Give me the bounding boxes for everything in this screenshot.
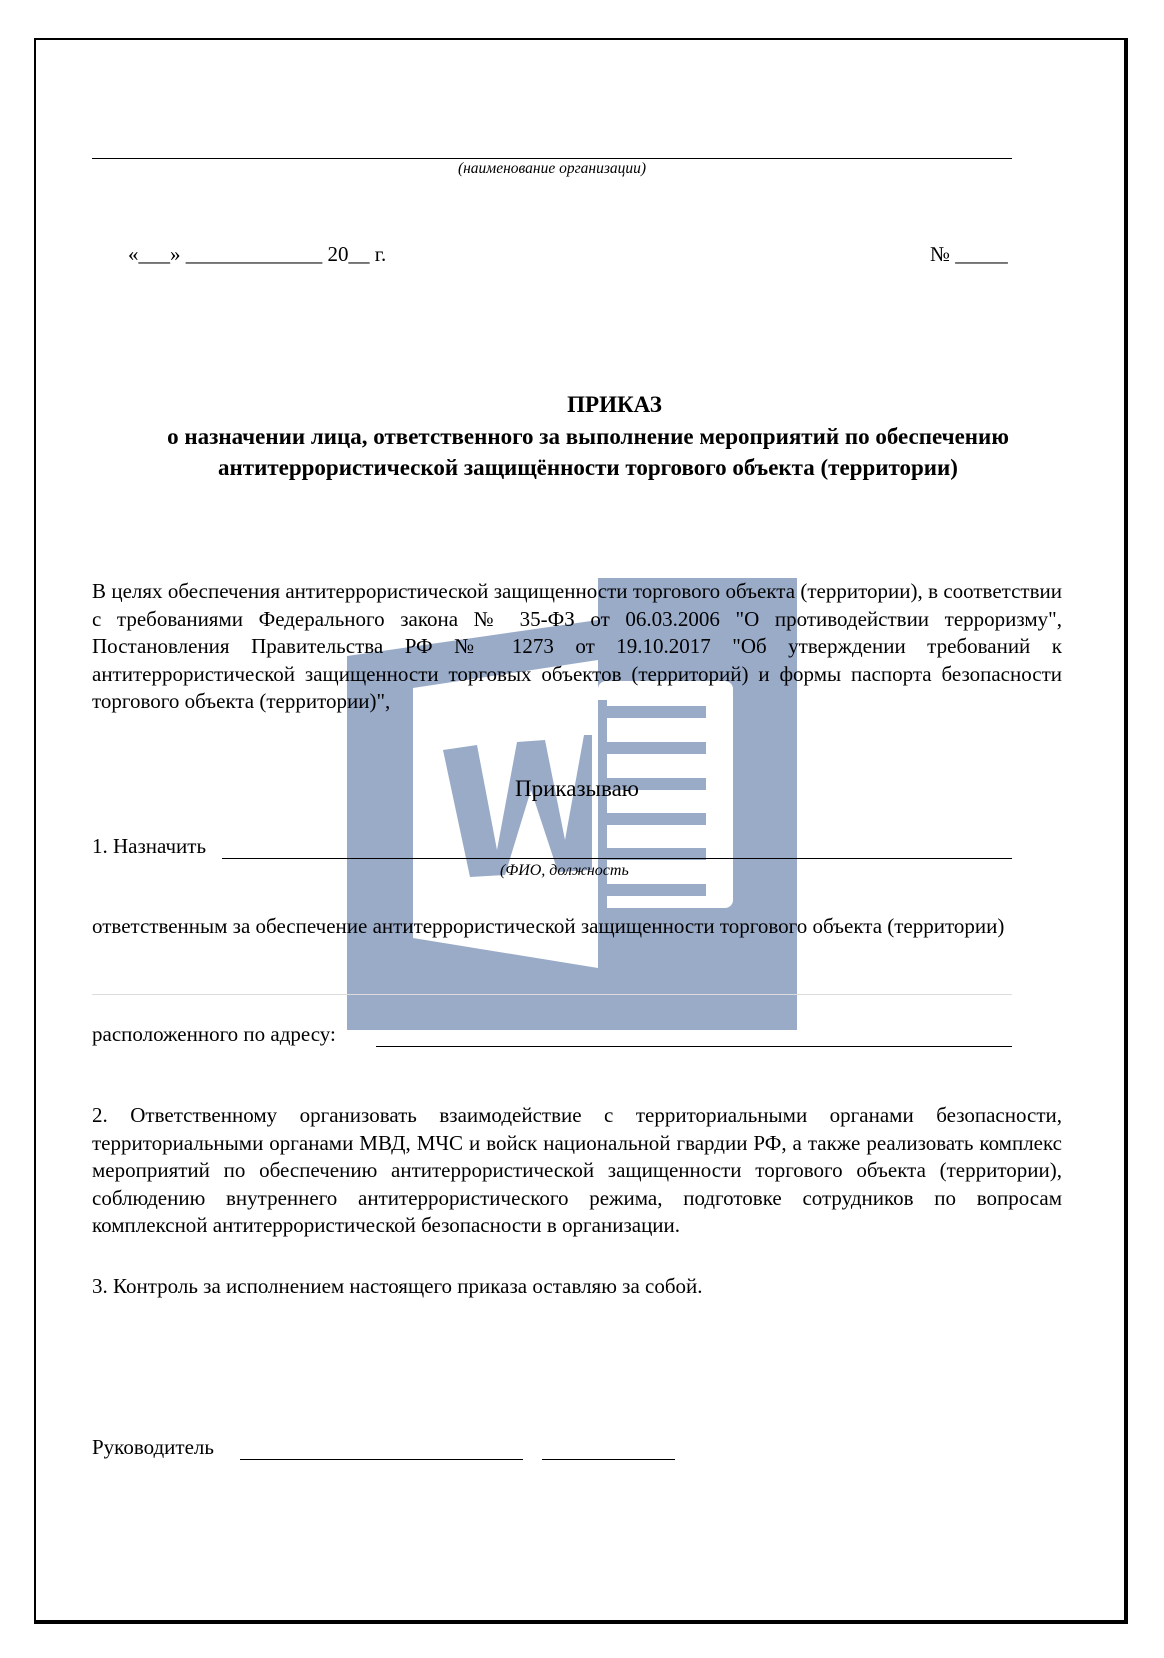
divider (92, 994, 1012, 995)
organization-name-line (92, 158, 1012, 159)
organization-caption: (наименование организации) (92, 160, 1012, 178)
item-3-paragraph: 3. Контроль за исполнением настоящего пр… (92, 1274, 703, 1299)
address-label: расположенного по адресу: (92, 1022, 336, 1047)
appointee-line (222, 858, 1012, 859)
head-label: Руководитель (92, 1435, 214, 1460)
intro-paragraph: В целях обеспечения антитеррористической… (92, 578, 1062, 716)
document-subtitle: о назначении лица, ответственного за вып… (128, 421, 1048, 483)
item-2-paragraph: 2. Ответственному организовать взаимодей… (92, 1102, 1062, 1240)
item-1-label: 1. Назначить (92, 834, 206, 859)
fio-caption: (ФИО, должность (500, 862, 629, 880)
head-name-line (240, 1459, 523, 1460)
head-signature-line (542, 1459, 675, 1460)
responsible-paragraph: ответственным за обеспечение антитеррори… (92, 912, 1062, 940)
order-number-field: № _____ (930, 242, 1008, 267)
document-page (34, 38, 1128, 1624)
document-title: ПРИКАЗ (92, 390, 1137, 420)
date-field: «___» _____________ 20__ г. (128, 242, 386, 267)
order-word: Приказываю (92, 776, 1062, 802)
address-line (376, 1046, 1012, 1047)
